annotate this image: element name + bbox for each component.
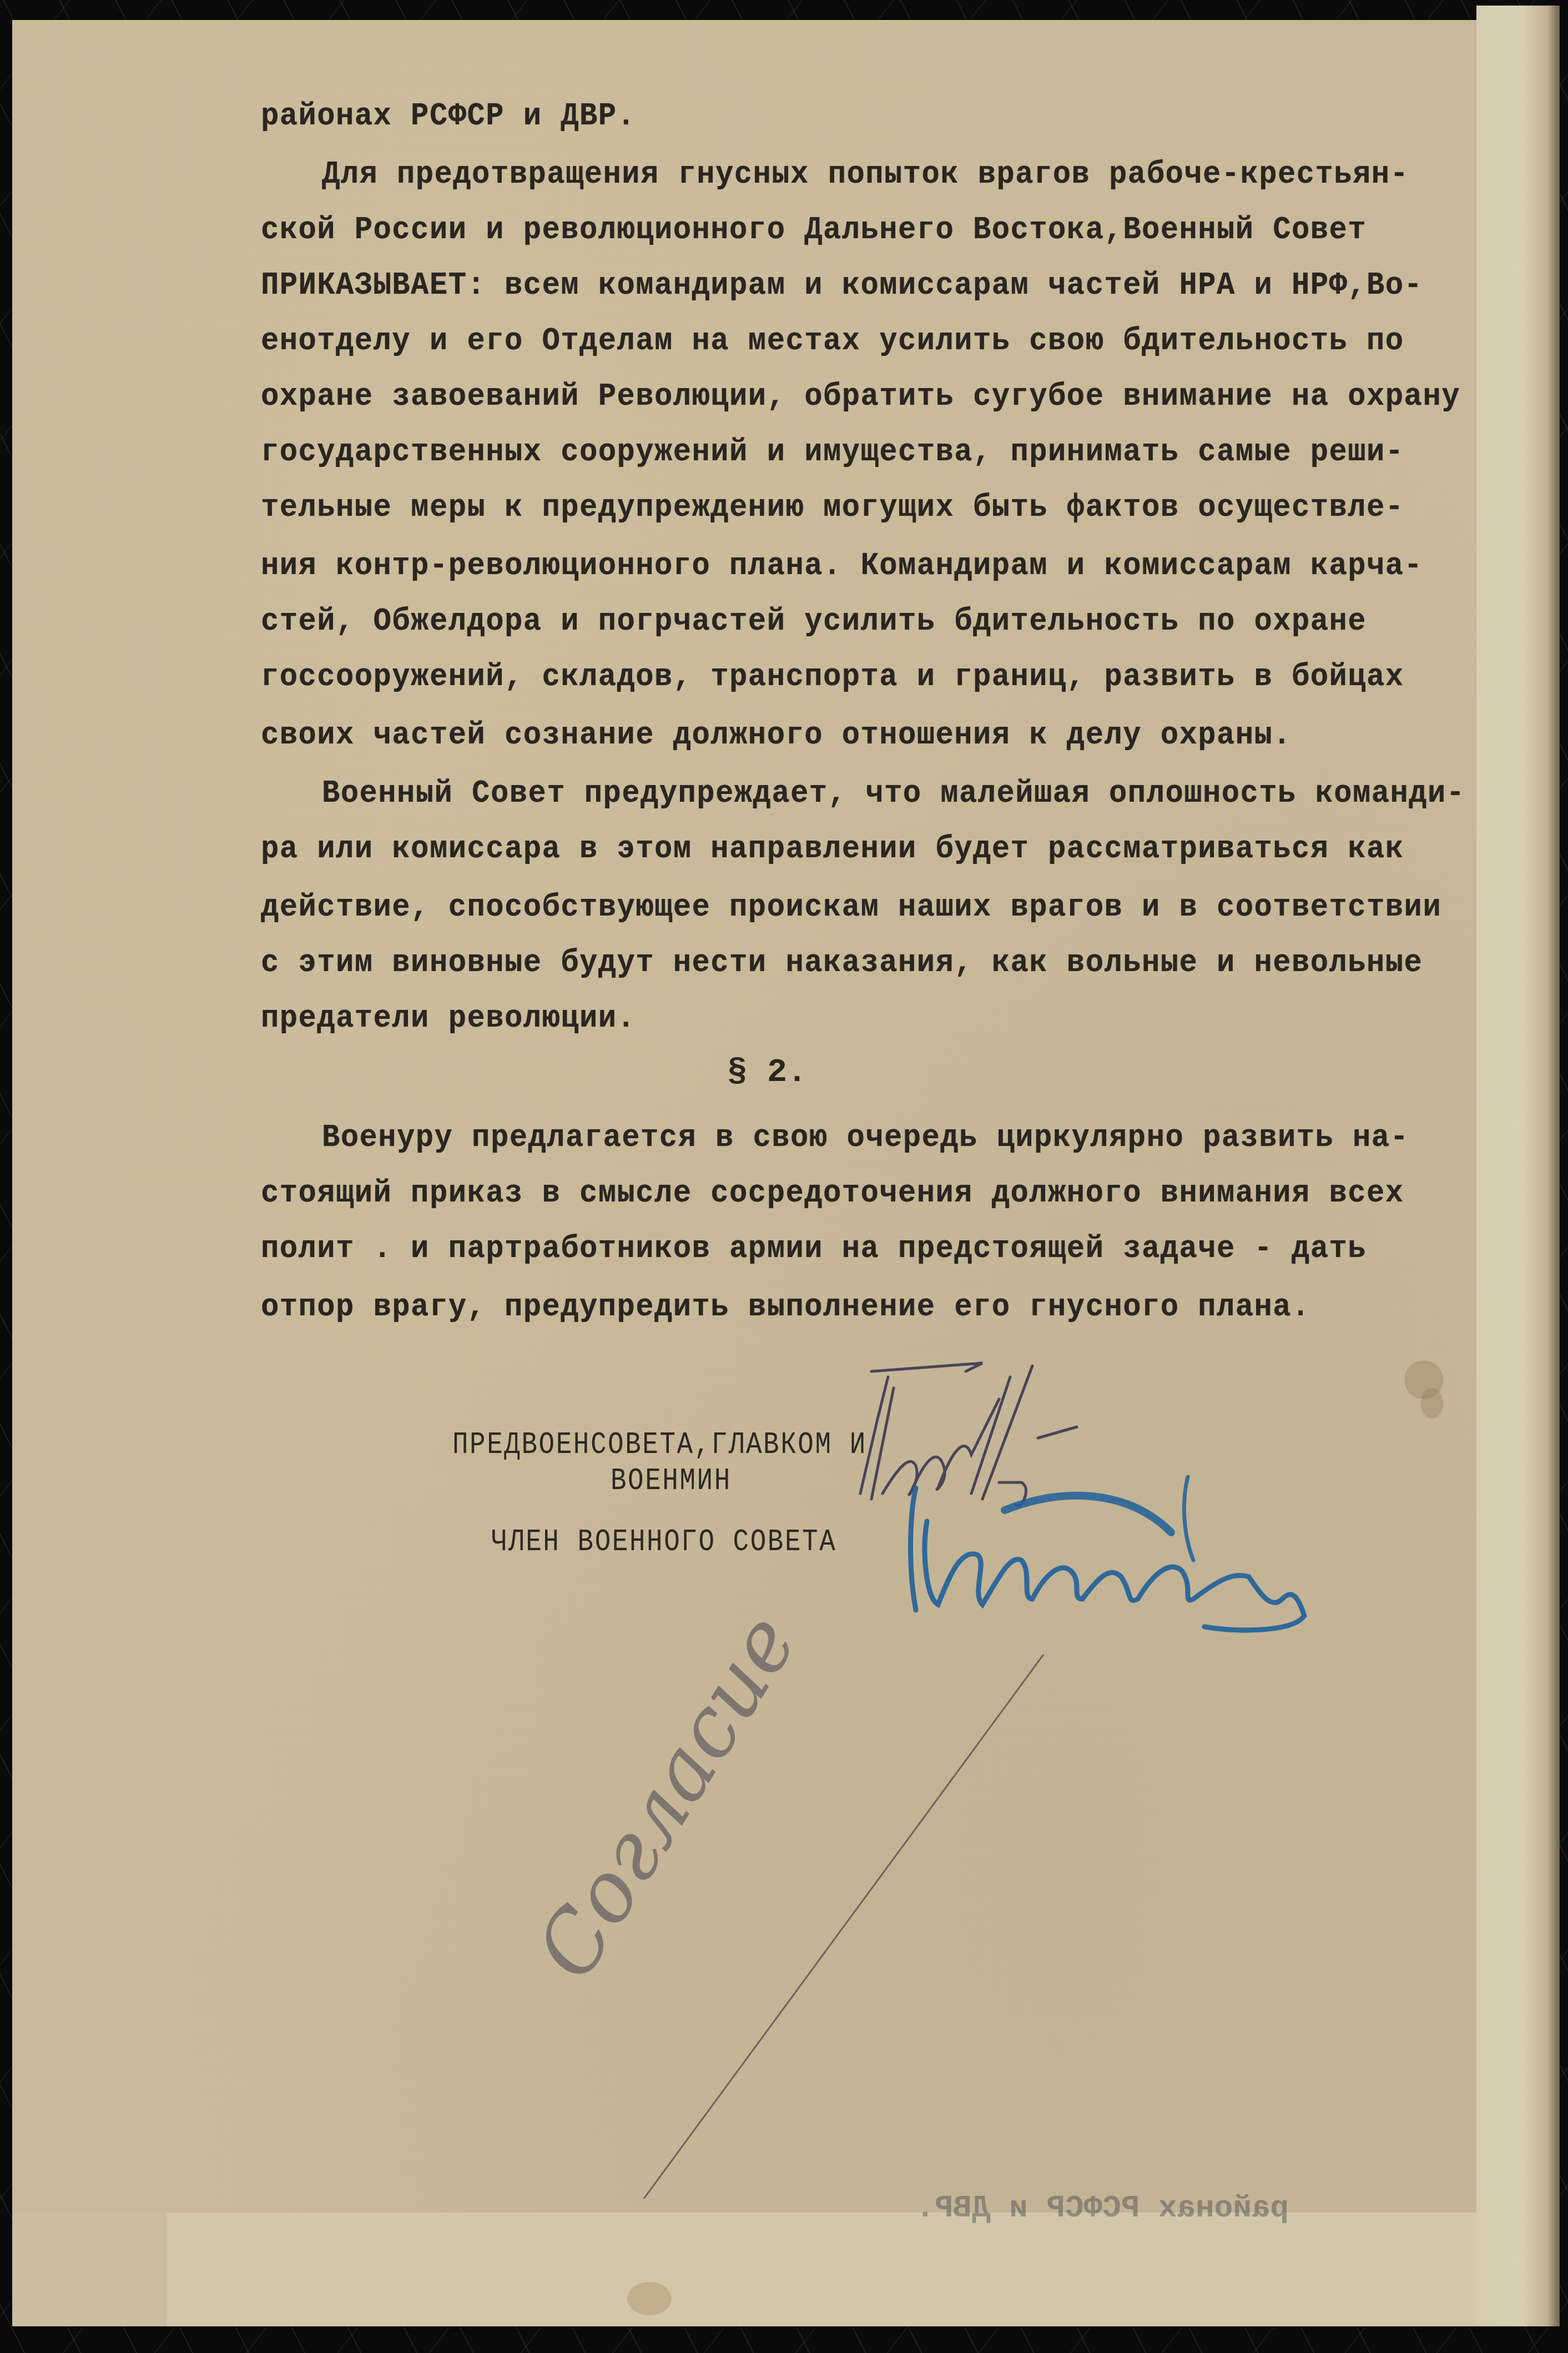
text-line: районах РСФСР и ДВР. [261,97,636,136]
text-line: отпор врагу, предупредить выполнение его… [261,1288,1310,1327]
text-line: ра или комиссара в этом направлении буде… [261,830,1404,869]
text-line: ПРИКАЗЫВАЕТ: всем командирам и комиссара… [261,267,1423,305]
text-line: Военный Совет предупреждает, что малейша… [322,775,1465,813]
text-line: стей, Обжелдора и погрчастей усилить бди… [261,602,1367,641]
text-line: госсооружений, складов, транспорта и гра… [261,658,1404,697]
text-line: Военуру предлагается в свою очередь цирк… [322,1119,1409,1158]
text-line: ской России и революционного Дальнего Во… [261,211,1367,250]
signature-blue-ink [894,1466,1393,1649]
signatory-title-1-line2: ВОЕНМИН [611,1463,732,1499]
text-line: Для предотвращения гнусных попыток враго… [322,155,1409,194]
signatory-title-1: ПРЕДВОЕНСОВЕТА,ГЛАВКОМ И [452,1427,867,1462]
text-line: енотделу и его Отделам на местах усилить… [261,322,1404,361]
text-line: стоящий приказ в смысле сосредоточения д… [261,1174,1404,1213]
text-line: ния контр-революционного плана. Командир… [261,547,1423,586]
signatory-title-2: ЧЛЕН ВОЕННОГО СОВЕТА [491,1524,836,1560]
text-line: тельные меры к предупреждению могущих бы… [261,489,1404,527]
text-line: с этим виновные будут нести наказания, к… [261,944,1423,983]
section-heading: § 2. [727,1054,807,1092]
text-line: государственных сооружений и имущества, … [261,433,1404,472]
bleed-through-text: районах РСФСР и ДВР. [916,2190,1289,2226]
text-line: предатели революции. [261,999,636,1038]
text-line: охране завоеваний Революции, обратить су… [261,378,1460,416]
text-line: полит . и партработников армии на предст… [261,1230,1367,1269]
text-line: действие, способствующее проискам наших … [261,888,1441,927]
text-line: своих частей сознание должного отношения… [261,716,1292,755]
